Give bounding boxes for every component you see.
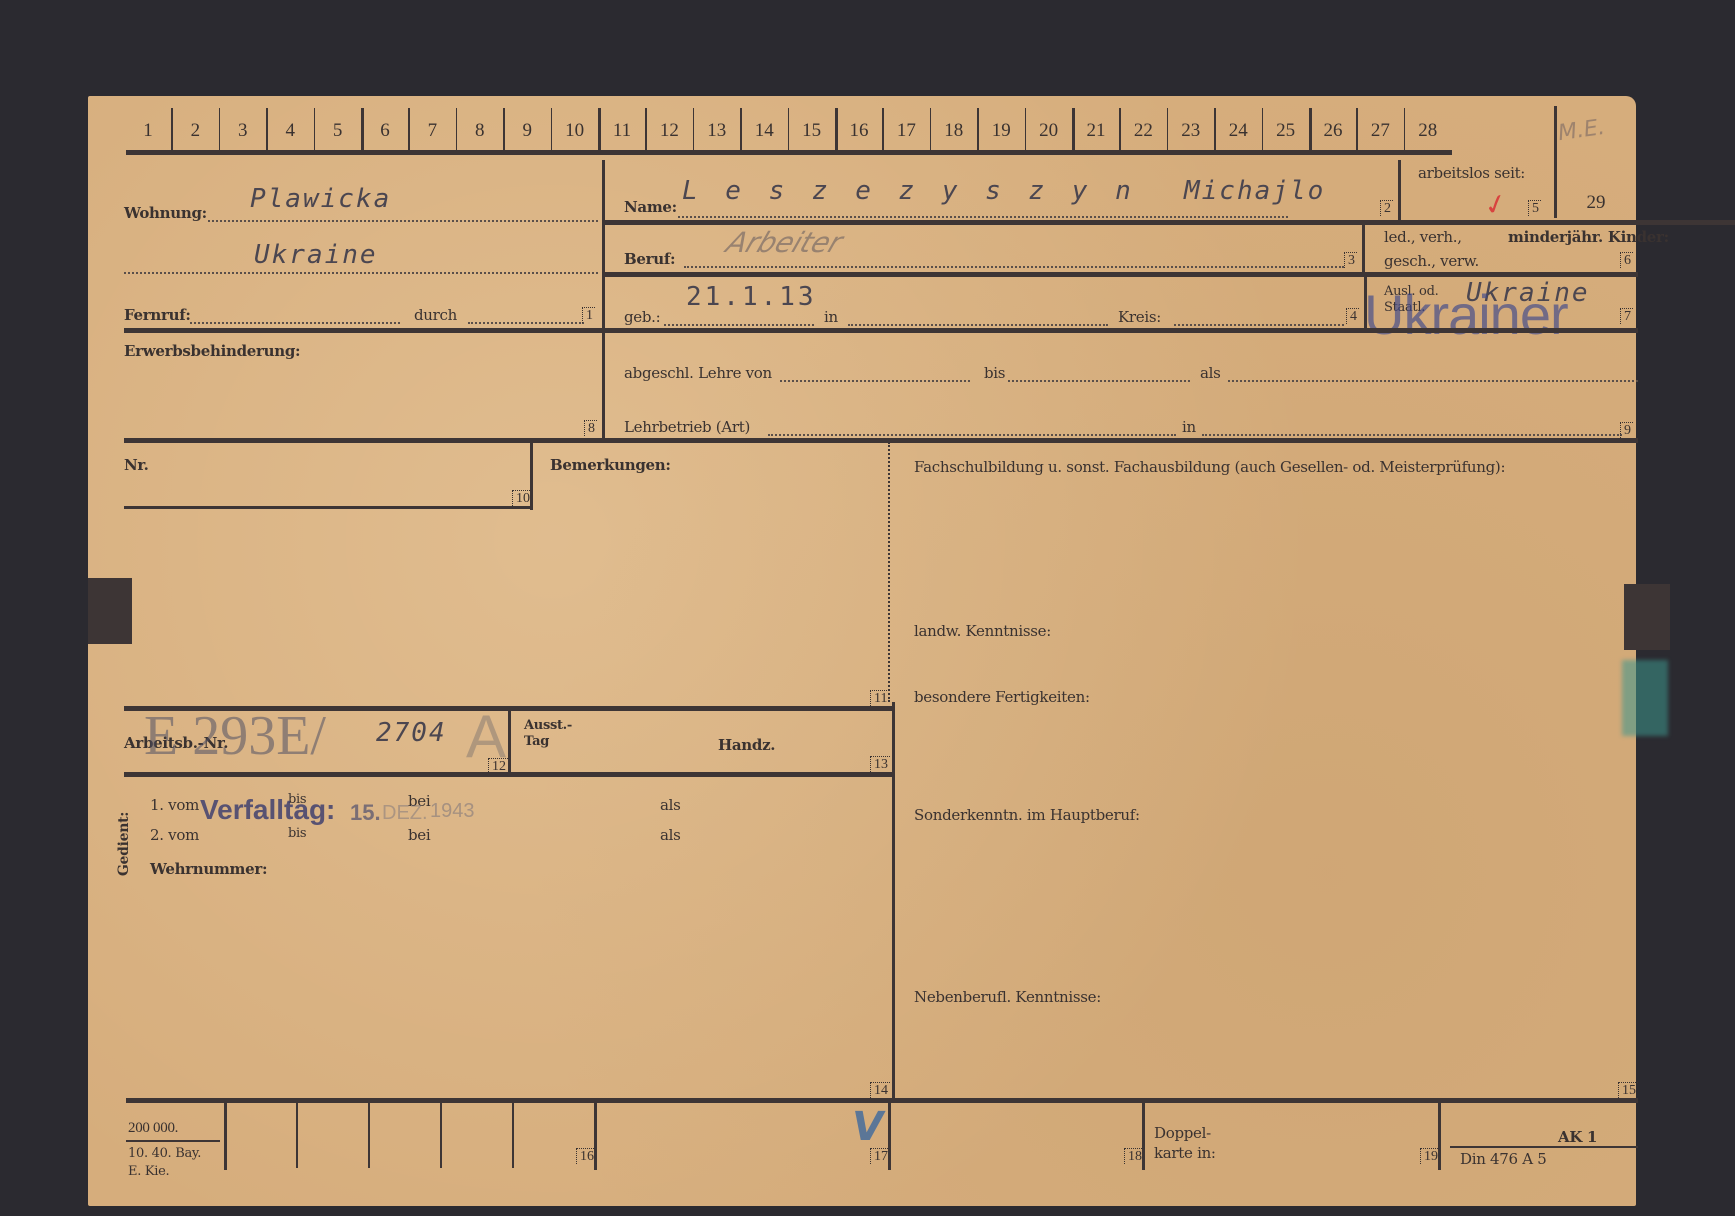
- wohnung-line1: Plawicka: [250, 184, 391, 214]
- lehre-als-label: als: [1200, 364, 1221, 382]
- lehrbetrieb-in-label: in: [1182, 418, 1196, 436]
- beruf-label: Beruf:: [624, 250, 675, 268]
- gedient-row1-vom: 1. vom: [150, 796, 199, 814]
- dotted-divider: [888, 442, 890, 702]
- geburtsdatum-value: 21.1.13: [686, 282, 817, 312]
- ruler-column-12: 12: [649, 120, 689, 142]
- wehrnummer-label: Wehrnummer:: [150, 860, 267, 878]
- box-number-14: 14: [870, 1082, 890, 1098]
- ruler-divider: [408, 108, 410, 150]
- geb-in-label: in: [824, 308, 838, 326]
- lehre-bis-label: bis: [984, 364, 1005, 382]
- ruler-divider: [930, 108, 932, 150]
- ruler-divider: [266, 108, 268, 150]
- familienstand-label-1: led., verh.,: [1384, 228, 1462, 246]
- ruler-column-4: 4: [270, 120, 310, 142]
- box-number-16: 16: [576, 1148, 596, 1164]
- ruler-column-19: 19: [981, 120, 1021, 142]
- bemerkungen-label: Bemerkungen:: [550, 456, 671, 474]
- landw-kenntnisse-label: landw. Kenntnisse:: [914, 622, 1051, 640]
- lehre-label: abgeschl. Lehre von: [624, 364, 772, 382]
- name-label: Name:: [624, 198, 677, 216]
- ruler-column-26: 26: [1313, 120, 1353, 142]
- ruler-column-7: 7: [412, 120, 452, 142]
- column-29: 29: [1576, 192, 1616, 214]
- gedient-row1-als: als: [660, 796, 681, 814]
- ruler-column-21: 21: [1076, 120, 1116, 142]
- ruler-divider: [1167, 108, 1169, 150]
- ruler-divider: [361, 108, 364, 150]
- red-check-mark: ✓: [1480, 186, 1511, 224]
- box-number-2: 2: [1380, 200, 1393, 216]
- ruler-column-10: 10: [555, 120, 595, 142]
- green-ink-smudge: [1622, 660, 1668, 736]
- ruler-column-25: 25: [1266, 120, 1306, 142]
- ruler-column-28: 28: [1408, 120, 1448, 142]
- wohnung-label: Wohnung:: [124, 204, 207, 222]
- besondere-fertigkeiten-label: besondere Fertigkeiten:: [914, 688, 1090, 706]
- ruler-divider: [1404, 108, 1406, 150]
- box-number-8: 8: [584, 420, 597, 436]
- edge-marker-right: [1624, 584, 1670, 650]
- ruler-column-23: 23: [1171, 120, 1211, 142]
- box-number-11: 11: [870, 690, 889, 706]
- fachschule-label: Fachschulbildung u. sonst. Fachausbildun…: [914, 458, 1505, 476]
- edge-marker-left: [88, 578, 132, 644]
- box-number-3: 3: [1344, 252, 1357, 268]
- ruler-divider: [456, 108, 458, 150]
- nebenberufl-kenntnisse-label: Nebenberufl. Kenntnisse:: [914, 988, 1101, 1006]
- ruler-column-27: 27: [1360, 120, 1400, 142]
- ruler-divider: [1119, 108, 1121, 150]
- ruler-divider: [503, 108, 505, 150]
- ruler-divider: [1072, 108, 1075, 150]
- ruler-baseline: [126, 150, 1452, 155]
- geb-label: geb.:: [624, 308, 660, 326]
- box-number-7: 7: [1620, 308, 1633, 324]
- kinder-label: minderjähr. Kinder:: [1508, 228, 1669, 246]
- durch-label: durch: [414, 306, 457, 324]
- ruler-divider: [1309, 108, 1312, 150]
- ruler-column-15: 15: [792, 120, 832, 142]
- box-number-18: 18: [1124, 1148, 1144, 1164]
- registration-card: 1234567891011121314151617181920212223242…: [88, 96, 1636, 1206]
- form-id: AK 1: [1558, 1128, 1597, 1146]
- print-date: 10. 40. Bay.: [128, 1146, 201, 1161]
- ruler-divider: [740, 108, 742, 150]
- gedient-row2-vom: 2. vom: [150, 826, 199, 844]
- lehrbetrieb-label: Lehrbetrieb (Art): [624, 418, 750, 436]
- blue-check-mark: V: [848, 1104, 887, 1150]
- ruler-column-18: 18: [934, 120, 974, 142]
- doppelkarte-label-1: Doppel-: [1154, 1124, 1211, 1142]
- section-divider: [124, 438, 1638, 443]
- gedient-row2-bis: bis: [288, 826, 306, 841]
- vertical-divider-main: [602, 160, 605, 440]
- ruler-divider: [219, 108, 221, 150]
- box-number-5: 5: [1528, 200, 1541, 216]
- ruler-divider: [171, 108, 173, 150]
- ruler-column-3: 3: [223, 120, 263, 142]
- printer-mark: E. Kie.: [128, 1164, 169, 1179]
- kreis-label: Kreis:: [1118, 308, 1161, 326]
- verfalltag-year: 1943: [430, 800, 475, 823]
- ruler-column-17: 17: [886, 120, 926, 142]
- box-number-6: 6: [1620, 252, 1633, 268]
- surname-value: L e s z e z y s z y n: [682, 176, 1137, 206]
- ruler-column-22: 22: [1123, 120, 1163, 142]
- handz-label: Handz.: [718, 736, 775, 754]
- ruler-divider: [788, 108, 790, 150]
- box-number-9: 9: [1620, 422, 1633, 438]
- ruler-column-24: 24: [1218, 120, 1258, 142]
- ruler-column-2: 2: [175, 120, 215, 142]
- box-number-17: 17: [870, 1148, 890, 1164]
- din-label: Din 476 A 5: [1460, 1150, 1547, 1168]
- tag-label: Tag: [524, 734, 549, 749]
- ruler-divider: [835, 108, 838, 150]
- doppelkarte-label-2: karte in:: [1154, 1144, 1216, 1162]
- ruler-column-14: 14: [744, 120, 784, 142]
- arbeitsbuch-number: 2704: [376, 718, 447, 748]
- arbeitsbuch-stamp: E 293E/: [144, 704, 326, 768]
- box-number-1: 1: [582, 307, 595, 323]
- gedient-row2-als: als: [660, 826, 681, 844]
- box-number-15: 15: [1618, 1082, 1638, 1098]
- box-number-4: 4: [1346, 308, 1359, 324]
- ruler-divider: [693, 108, 695, 150]
- ruler-divider: [1025, 108, 1027, 150]
- erwerbsbehinderung-label: Erwerbsbehinderung:: [124, 342, 300, 360]
- verfalltag-label: Verfalltag:: [200, 794, 335, 826]
- ruler-column-11: 11: [602, 120, 642, 142]
- ruler-column-20: 20: [1029, 120, 1069, 142]
- ruler-column-9: 9: [507, 120, 547, 142]
- ruler-column-13: 13: [697, 120, 737, 142]
- verfalltag-month: DEZ.: [382, 802, 428, 825]
- pencil-note: M.E.: [1556, 115, 1606, 146]
- ruler-divider: [1356, 108, 1358, 150]
- vertical-divider-lower: [892, 702, 895, 1098]
- ukrainer-stamp: Ukrainer: [1364, 282, 1568, 347]
- ruler-column-8: 8: [460, 120, 500, 142]
- fernruf-label: Fernruf:: [124, 306, 191, 324]
- ruler-divider: [551, 108, 553, 150]
- sonderkenntnisse-label: Sonderkenntn. im Hauptberuf:: [914, 806, 1140, 824]
- ruler-divider: [1262, 108, 1264, 150]
- ruler-divider: [1214, 108, 1216, 150]
- beruf-pencil-value: Arbeiter: [722, 226, 847, 259]
- box-number-13: 13: [870, 756, 890, 772]
- gedient-label: Gedient:: [116, 812, 132, 876]
- ruler-column-1: 1: [128, 120, 168, 142]
- ruler-divider: [314, 108, 316, 150]
- box-number-19: 19: [1420, 1148, 1440, 1164]
- ruler-divider: [645, 108, 647, 150]
- print-run: 200 000.: [128, 1120, 178, 1137]
- ruler-divider: [882, 108, 884, 150]
- box-number-10: 10: [512, 490, 532, 506]
- ruler-divider: [977, 108, 979, 150]
- arbeitslos-label: arbeitslos seit:: [1418, 164, 1525, 182]
- ruler-column-16: 16: [839, 120, 879, 142]
- ausst-label: Ausst.-: [524, 718, 572, 733]
- wohnung-line2: Ukraine: [254, 240, 378, 270]
- gedient-row2-bei: bei: [408, 826, 430, 844]
- ruler-divider: [598, 108, 601, 150]
- ruler-column-5: 5: [318, 120, 358, 142]
- verfalltag-day: 15.: [350, 800, 381, 826]
- nr-label: Nr.: [124, 456, 149, 474]
- ruler-column-6: 6: [365, 120, 405, 142]
- given-name-value: Michajlo: [1184, 176, 1325, 206]
- familienstand-label-2: gesch., verw.: [1384, 252, 1479, 270]
